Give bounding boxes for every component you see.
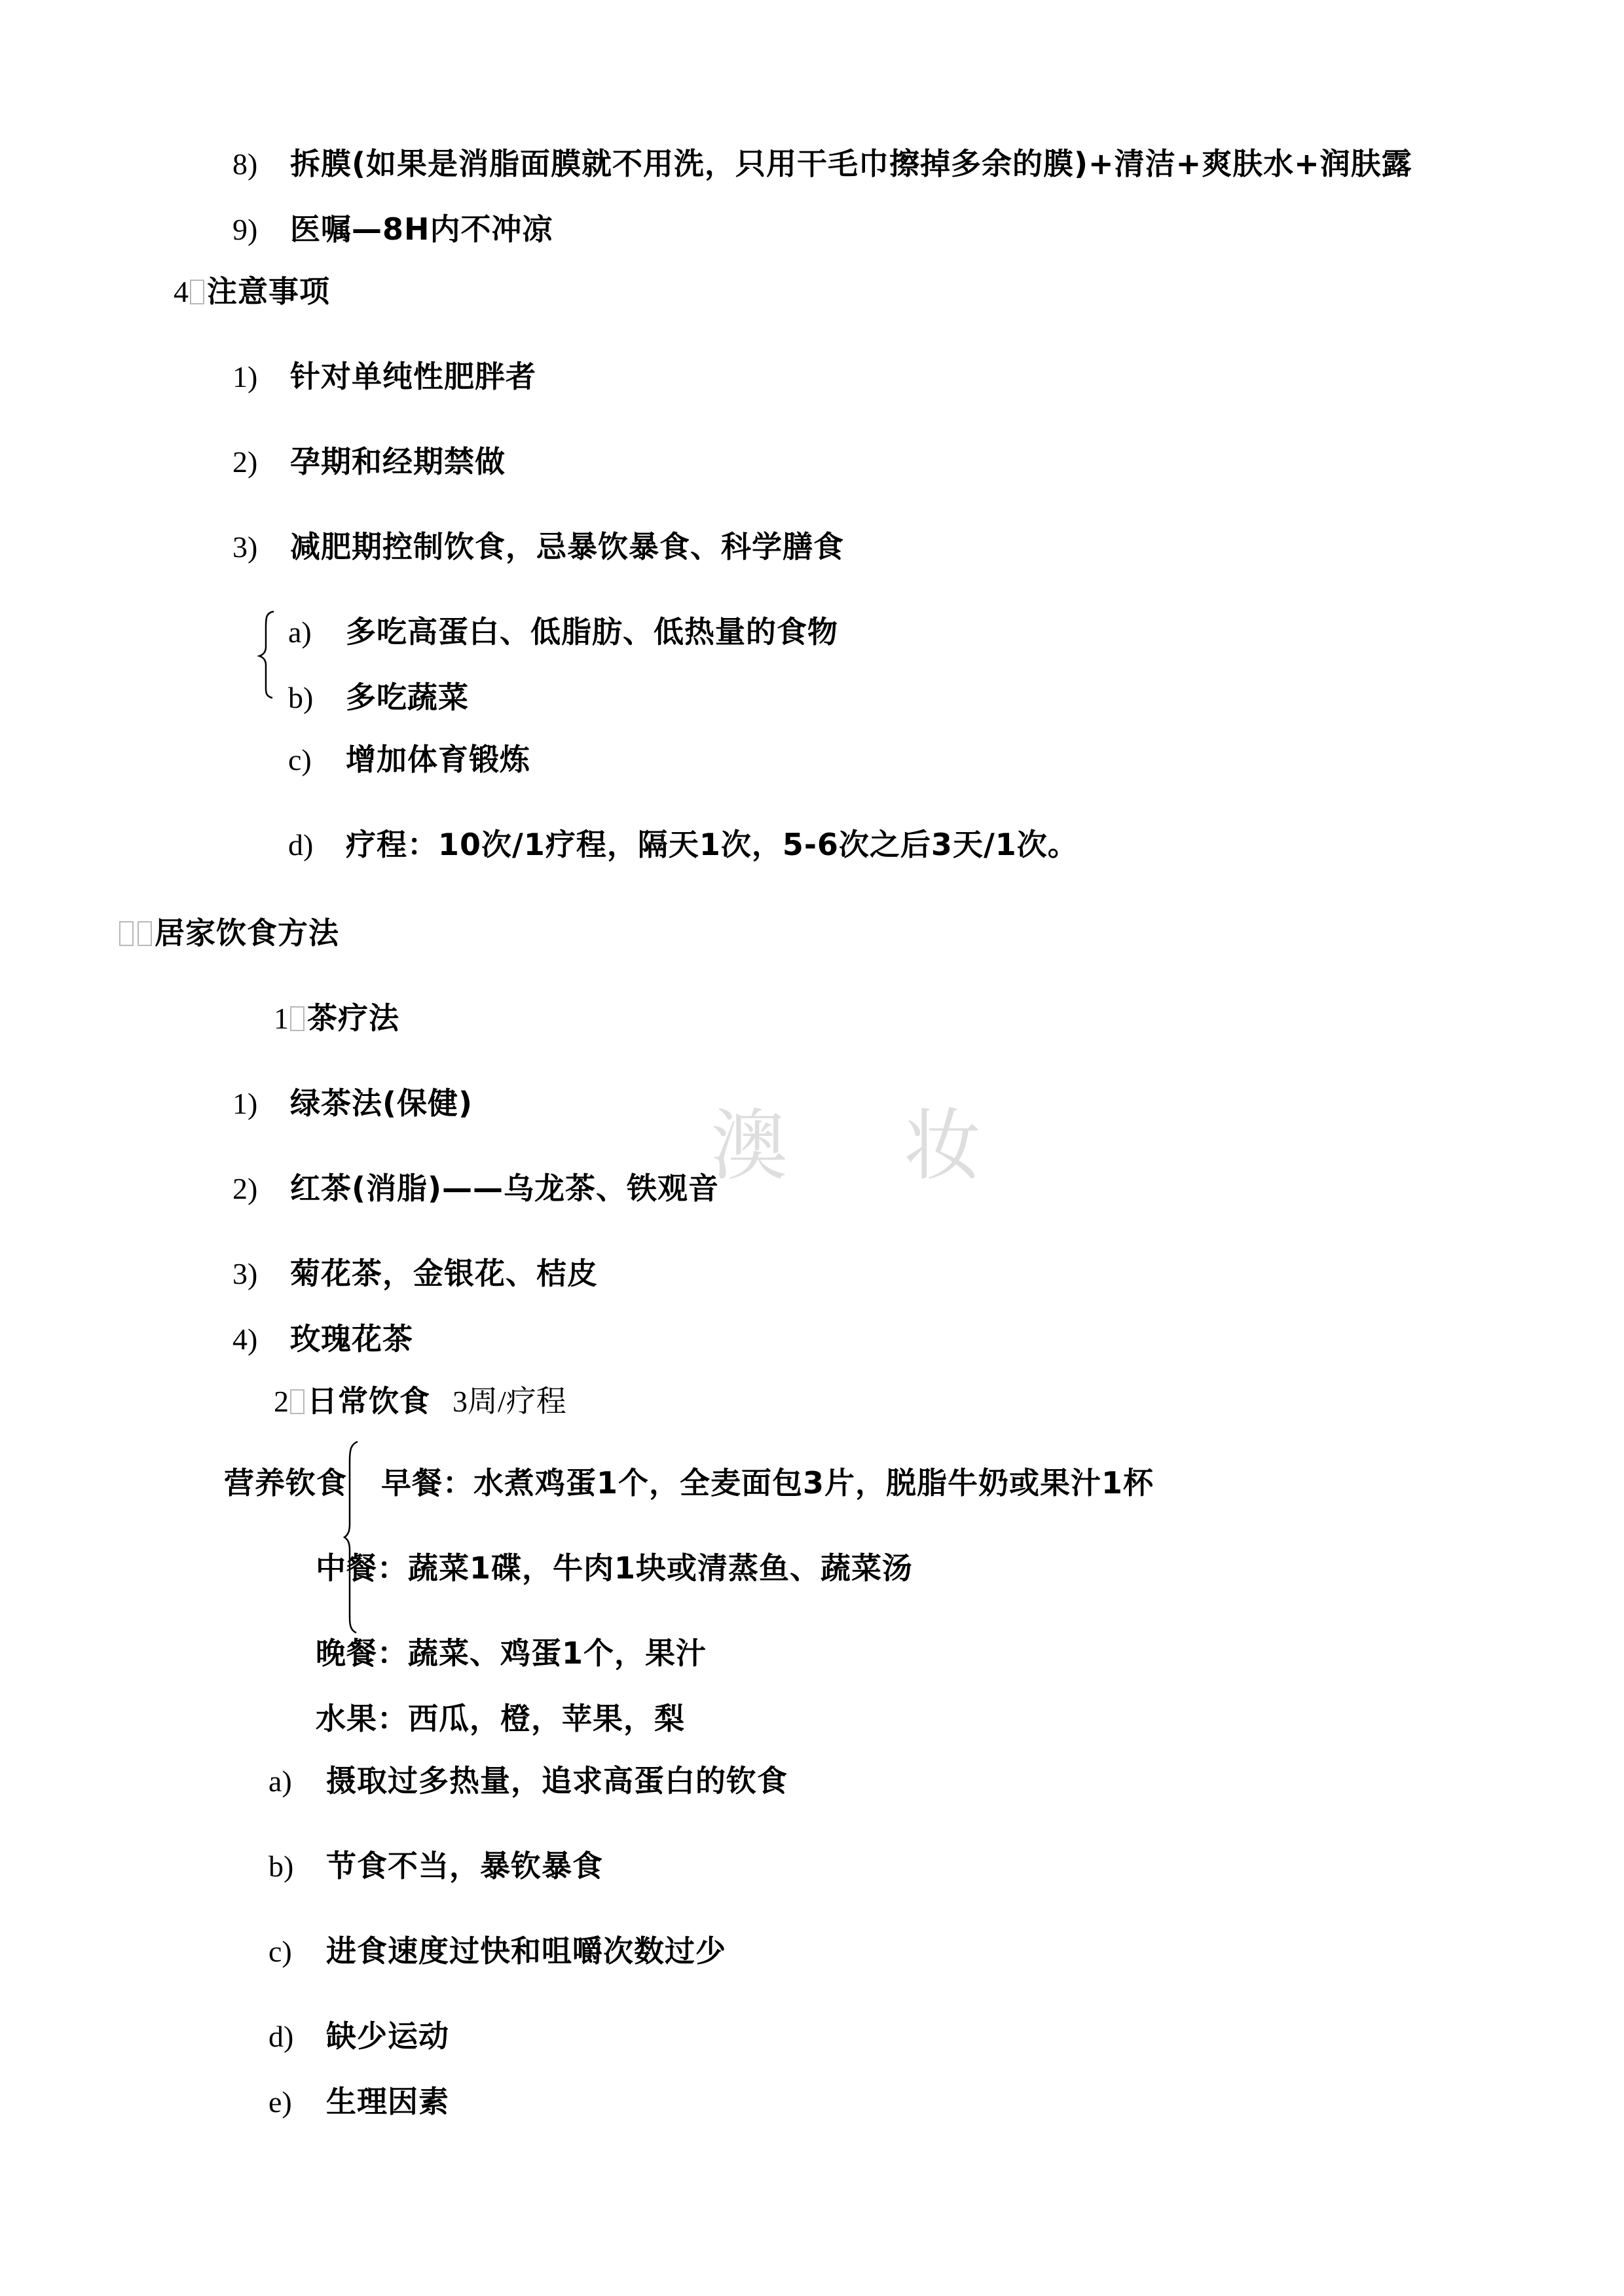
diet-sub-item-c: c)增加体育锻炼: [288, 740, 530, 779]
nutrition-diet-label: 营养钦食: [224, 1463, 347, 1503]
cause-item-d: d)缺少运动: [268, 2016, 449, 2056]
missing-glyph-box: [290, 1006, 304, 1031]
meal-text: ：水煮鸡蛋1个，全麦面包3片，脱脂牛奶或果汁1杯: [443, 1463, 1154, 1503]
subsection-title: 日常饮食: [307, 1381, 430, 1421]
watermark: 澳 妆: [710, 1100, 1027, 1192]
list-text: 缺少运动: [326, 2016, 449, 2056]
list-number: 3): [232, 1254, 290, 1294]
subsection-heading-daily-diet: 2日常饮食3周/疗程: [274, 1381, 566, 1421]
list-number: d): [288, 826, 346, 865]
course-duration: 3周/疗程: [452, 1382, 566, 1421]
diet-sub-item-a: a)多吃高蛋白、低脂肪、低热量的食物: [288, 612, 838, 651]
meal-lunch: 中餐：蔬菜1碟，牛肉1块或清蒸鱼、蔬菜汤: [316, 1548, 913, 1588]
list-text: 医嘱—8H内不冲凉: [290, 210, 553, 249]
list-text: 进食速度过快和咀嚼次数过少: [326, 1931, 726, 1971]
meal-fruit: 水果：西瓜，橙，苹果，梨: [316, 1699, 685, 1738]
subsection-title: 茶疗法: [307, 998, 399, 1038]
list-number: b): [288, 678, 346, 718]
list-text: 绿茶法(保健): [290, 1084, 473, 1123]
tea-item-2: 2)红茶(消脂)——乌龙茶、铁观音: [232, 1169, 719, 1208]
meal-dinner: 晚餐：蔬菜、鸡蛋1个，果汁: [316, 1633, 707, 1673]
meal-label: 中餐: [316, 1548, 377, 1588]
missing-glyph-box: [138, 921, 152, 946]
list-text: 生理因素: [326, 2082, 449, 2121]
nutrition-label-text: 营养钦食: [224, 1463, 347, 1503]
list-number: 1): [232, 357, 290, 397]
list-text: 玫瑰花茶: [290, 1319, 413, 1358]
list-text: 红茶(消脂)——乌龙茶、铁观音: [290, 1169, 719, 1208]
list-number: 1): [232, 1084, 290, 1123]
list-text: 拆膜(如果是消脂面膜就不用洗，只用干毛巾擦掉多余的膜)+清洁+爽肤水+润肤露: [290, 144, 1412, 183]
section-heading-precautions: 4注意事项: [174, 272, 330, 311]
list-text: 摄取过多热量，追求高蛋白的钦食: [326, 1761, 788, 1800]
list-number: b): [268, 1847, 326, 1886]
meal-text: ：西瓜，橙，苹果，梨: [377, 1699, 685, 1738]
precaution-item-3: 3)减肥期控制饮食，忌暴饮暴食、科学膳食: [232, 527, 844, 566]
list-number: 2): [232, 443, 290, 482]
missing-glyph-box: [290, 1389, 304, 1414]
section-heading-home-diet: 居家饮食方法: [118, 913, 339, 953]
precaution-item-2: 2)孕期和经期禁做: [232, 442, 506, 481]
subsection-heading-tea-therapy: 1茶疗法: [274, 998, 399, 1038]
meal-label: 晚餐: [316, 1633, 377, 1673]
list-text: 针对单纯性肥胖者: [290, 357, 536, 396]
list-number: d): [268, 2017, 326, 2056]
diet-sub-item-b: b)多吃蔬菜: [288, 678, 469, 717]
subsection-number: 1: [274, 999, 289, 1038]
missing-glyph-box: [190, 280, 204, 304]
meal-label: 早餐: [381, 1463, 443, 1503]
subsection-number: 2: [274, 1382, 289, 1421]
list-number: e): [268, 2083, 326, 2122]
cause-item-c: c)进食速度过快和咀嚼次数过少: [268, 1931, 726, 1971]
list-number: 2): [232, 1169, 290, 1209]
section-number: 4: [174, 272, 189, 312]
precaution-item-1: 1)针对单纯性肥胖者: [232, 357, 536, 396]
section-title: 注意事项: [207, 272, 330, 311]
cause-item-b: b)节食不当，暴钦暴食: [268, 1846, 603, 1886]
list-text: 多吃高蛋白、低脂肪、低热量的食物: [346, 612, 838, 651]
missing-glyph-box: [119, 921, 134, 946]
list-number: 9): [232, 210, 290, 249]
meal-breakfast: 早餐：水煮鸡蛋1个，全麦面包3片，脱脂牛奶或果汁1杯: [381, 1463, 1154, 1503]
list-number: c): [288, 740, 346, 780]
cause-item-a: a)摄取过多热量，追求高蛋白的钦食: [268, 1761, 788, 1800]
list-number: a): [268, 1762, 326, 1801]
tea-item-1: 1)绿茶法(保健): [232, 1084, 473, 1123]
procedure-step-9: 9)医嘱—8H内不冲凉: [232, 210, 553, 249]
curly-brace: [342, 1439, 361, 1635]
tea-item-4: 4)玫瑰花茶: [232, 1319, 413, 1358]
diet-sub-item-d: d)疗程：10次/1疗程，隔天1次，5-6次之后3天/1次。: [288, 825, 1079, 864]
meal-text: ：蔬菜1碟，牛肉1块或清蒸鱼、蔬菜汤: [377, 1548, 913, 1588]
list-number: 3): [232, 528, 290, 567]
procedure-step-8: 8)拆膜(如果是消脂面膜就不用洗，只用干毛巾擦掉多余的膜)+清洁+爽肤水+润肤露: [232, 144, 1412, 183]
list-number: a): [288, 613, 346, 652]
curly-brace: [257, 609, 276, 701]
list-number: c): [268, 1932, 326, 1971]
meal-label: 水果: [316, 1699, 377, 1738]
list-text: 孕期和经期禁做: [290, 442, 506, 481]
list-text: 多吃蔬菜: [346, 678, 469, 717]
list-text: 节食不当，暴钦暴食: [326, 1846, 603, 1886]
meal-text: ：蔬菜、鸡蛋1个，果汁: [377, 1633, 707, 1673]
tea-item-3: 3)菊花茶，金银花、桔皮: [232, 1254, 598, 1293]
section-title: 居家饮食方法: [155, 913, 339, 953]
list-text: 增加体育锻炼: [346, 740, 530, 779]
list-text: 减肥期控制饮食，忌暴饮暴食、科学膳食: [290, 527, 844, 566]
list-number: 4): [232, 1320, 290, 1359]
list-text: 疗程：10次/1疗程，隔天1次，5-6次之后3天/1次。: [346, 825, 1079, 864]
list-text: 菊花茶，金银花、桔皮: [290, 1254, 598, 1293]
list-number: 8): [232, 145, 290, 184]
cause-item-e: e)生理因素: [268, 2082, 449, 2121]
